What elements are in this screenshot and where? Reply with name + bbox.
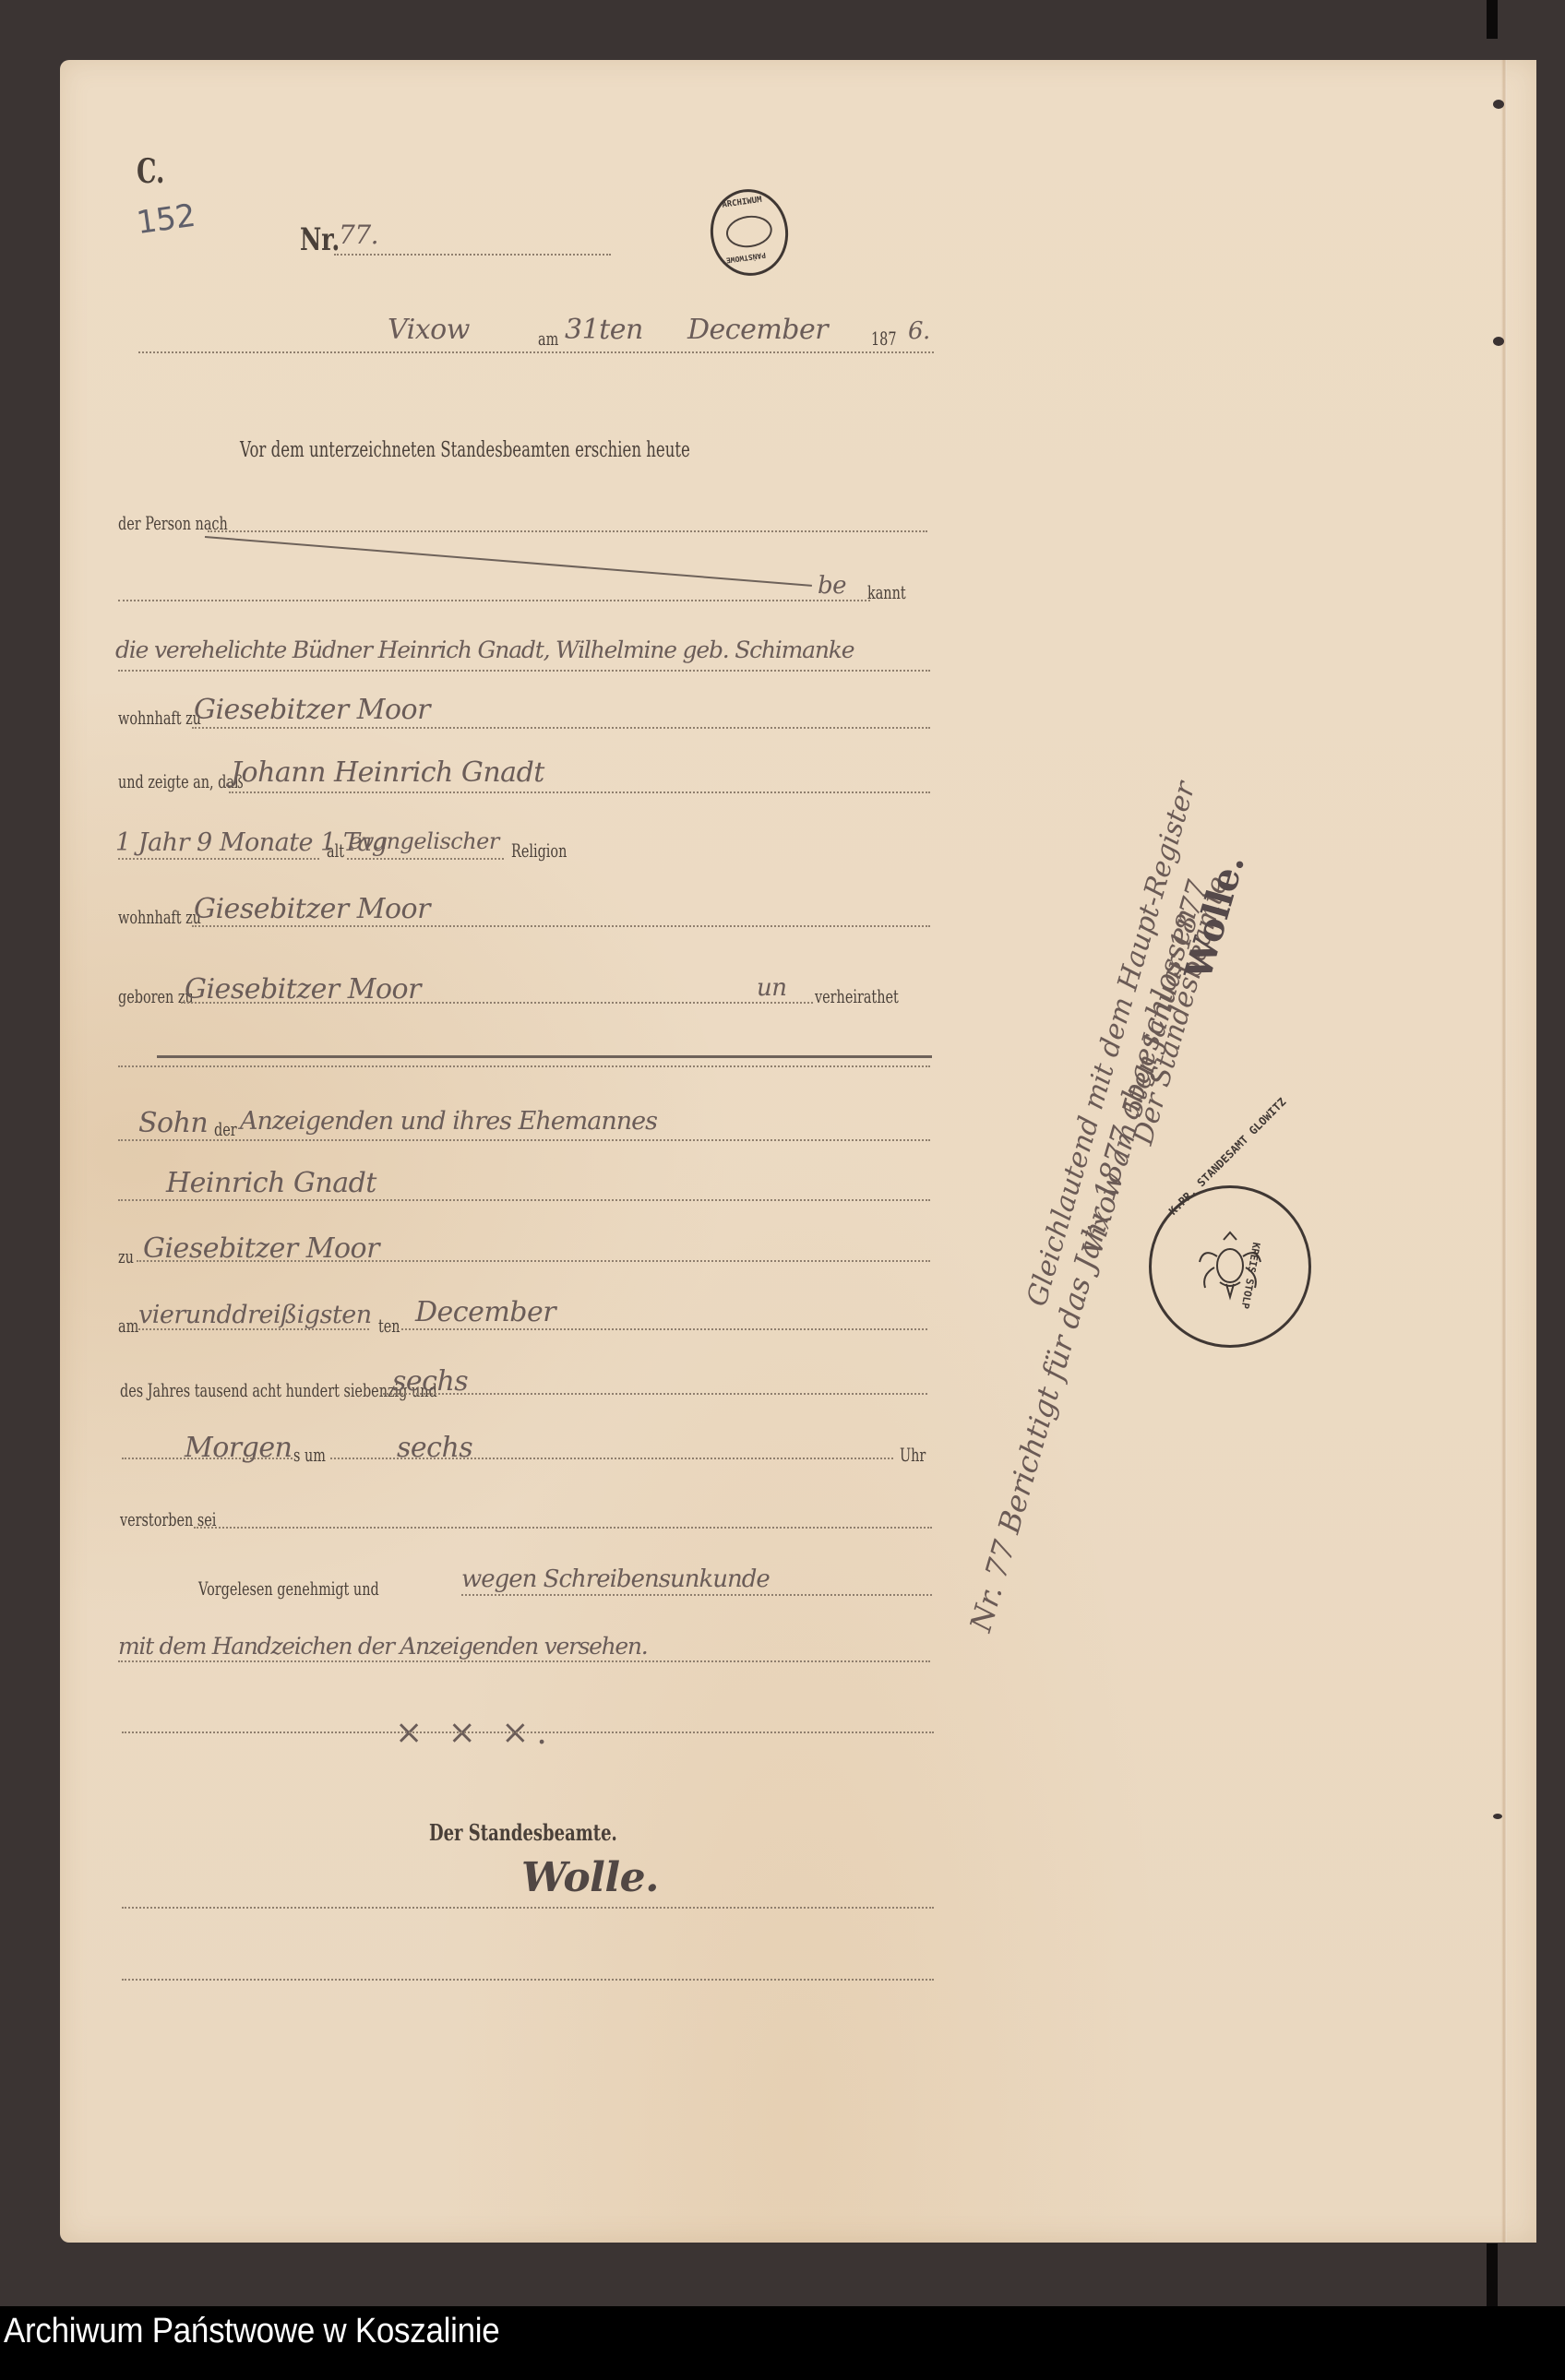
binding-hole <box>1493 100 1504 109</box>
known-prefix-written: be <box>818 572 846 600</box>
dotted-line <box>118 600 870 601</box>
religion-written: evangelischer <box>349 828 499 854</box>
time-suffix: s um <box>293 1444 326 1466</box>
month-written: December <box>687 314 828 346</box>
death-place-label: zu <box>118 1245 134 1267</box>
dotted-line <box>122 1731 934 1733</box>
dotted-line <box>334 254 611 256</box>
dotted-line <box>181 1002 813 1004</box>
dotted-line <box>118 858 319 860</box>
record-number: 77. <box>339 220 378 250</box>
dotted-line <box>118 1660 930 1662</box>
dotted-line <box>192 925 930 927</box>
registry-office-stamp: K.PR. STANDESAMT GLOWITZ KREIS STOLP <box>1149 1185 1311 1348</box>
dotted-line <box>118 1065 930 1067</box>
death-year-label: des Jahres tausend acht hundert siebenzi… <box>120 1379 437 1401</box>
approval-written-2: mit dem Handzeichen der Anzeigenden vers… <box>118 1633 647 1660</box>
father-written: Heinrich Gnadt <box>166 1167 376 1199</box>
religion-label: Religion <box>511 839 567 862</box>
day-written: 31ten <box>565 314 643 346</box>
dotted-line <box>118 1139 930 1141</box>
archive-caption: Archiwum Państwowe w Koszalinie <box>4 2312 499 2351</box>
dotted-line <box>138 1328 369 1330</box>
dotted-line <box>122 1458 293 1459</box>
dotted-line <box>347 858 504 860</box>
residence-written-1: Giesebitzer Moor <box>194 694 430 726</box>
binding-slot-bottom <box>1487 2243 1498 2306</box>
death-day-label: am <box>118 1315 138 1337</box>
born-written: Giesebitzer Moor <box>185 973 421 1006</box>
dotted-line <box>192 727 930 729</box>
parent-line-written-a: Sohn <box>138 1107 208 1139</box>
number-label: Nr. <box>300 221 340 258</box>
parent-line-printed: der <box>214 1118 237 1140</box>
dotted-line <box>208 530 927 532</box>
year-printed: 187 <box>871 327 896 350</box>
married-prefix-written: un <box>757 974 787 1002</box>
intro-line: Vor dem unterzeichneten Standesbeamten e… <box>240 438 690 462</box>
dotted-line <box>137 1260 930 1262</box>
binding-slot-top <box>1487 0 1498 39</box>
dotted-line <box>330 1458 893 1459</box>
death-day-suffix: ten <box>378 1315 400 1337</box>
reported-label: und zeigte an, daß <box>118 770 244 792</box>
year-digit-written: 6. <box>908 317 930 345</box>
known-suffix: kannt <box>867 581 906 603</box>
place-written: Vixow <box>388 314 470 346</box>
dotted-line <box>397 1328 927 1330</box>
dotted-line <box>383 1393 927 1395</box>
hour-label: Uhr <box>900 1444 926 1466</box>
death-day-written: vierunddreißigsten <box>138 1301 372 1329</box>
death-month-written: December <box>415 1296 556 1328</box>
approval-label: Vorgelesen genehmigt und <box>198 1577 379 1600</box>
dotted-line <box>229 791 930 793</box>
born-label: geboren zu <box>118 985 194 1007</box>
dotted-line <box>118 1199 930 1201</box>
date-am-label: am <box>538 327 558 350</box>
deceased-name-written: Johann Heinrich Gnadt <box>231 756 544 789</box>
dotted-line <box>194 1527 932 1529</box>
parent-line-written-b: Anzeigenden und ihres Ehemannes <box>240 1107 657 1136</box>
register-letter: C. <box>137 152 164 191</box>
approval-written-1: wegen Schreibensunkunde <box>461 1565 770 1593</box>
dotted-line <box>122 1907 934 1909</box>
informant-written: die verehelichte Büdner Heinrich Gnadt, … <box>115 637 854 663</box>
binding-hole <box>1493 1814 1502 1819</box>
signature-heading: Der Standesbeamte. <box>429 1819 617 1846</box>
married-label: verheirathet <box>815 985 899 1007</box>
official-signature: Wolle. <box>521 1854 659 1901</box>
dotted-line <box>138 351 934 353</box>
binding-hole <box>1493 337 1504 346</box>
age-label: alt <box>327 839 344 862</box>
dotted-line <box>118 670 930 672</box>
residence-written-2: Giesebitzer Moor <box>194 893 430 925</box>
struck-line <box>157 1055 932 1058</box>
eagle-emblem-icon <box>1196 1229 1264 1303</box>
age-written: 1 Jahr 9 Monate 1 Tag <box>115 828 388 857</box>
residence-label-1: wohnhaft zu <box>118 707 201 729</box>
document-page <box>60 60 1536 2243</box>
page-fold <box>1501 60 1507 2243</box>
residence-label-2: wohnhaft zu <box>118 906 201 928</box>
dotted-line <box>122 1979 934 1981</box>
dotted-line <box>461 1594 932 1596</box>
